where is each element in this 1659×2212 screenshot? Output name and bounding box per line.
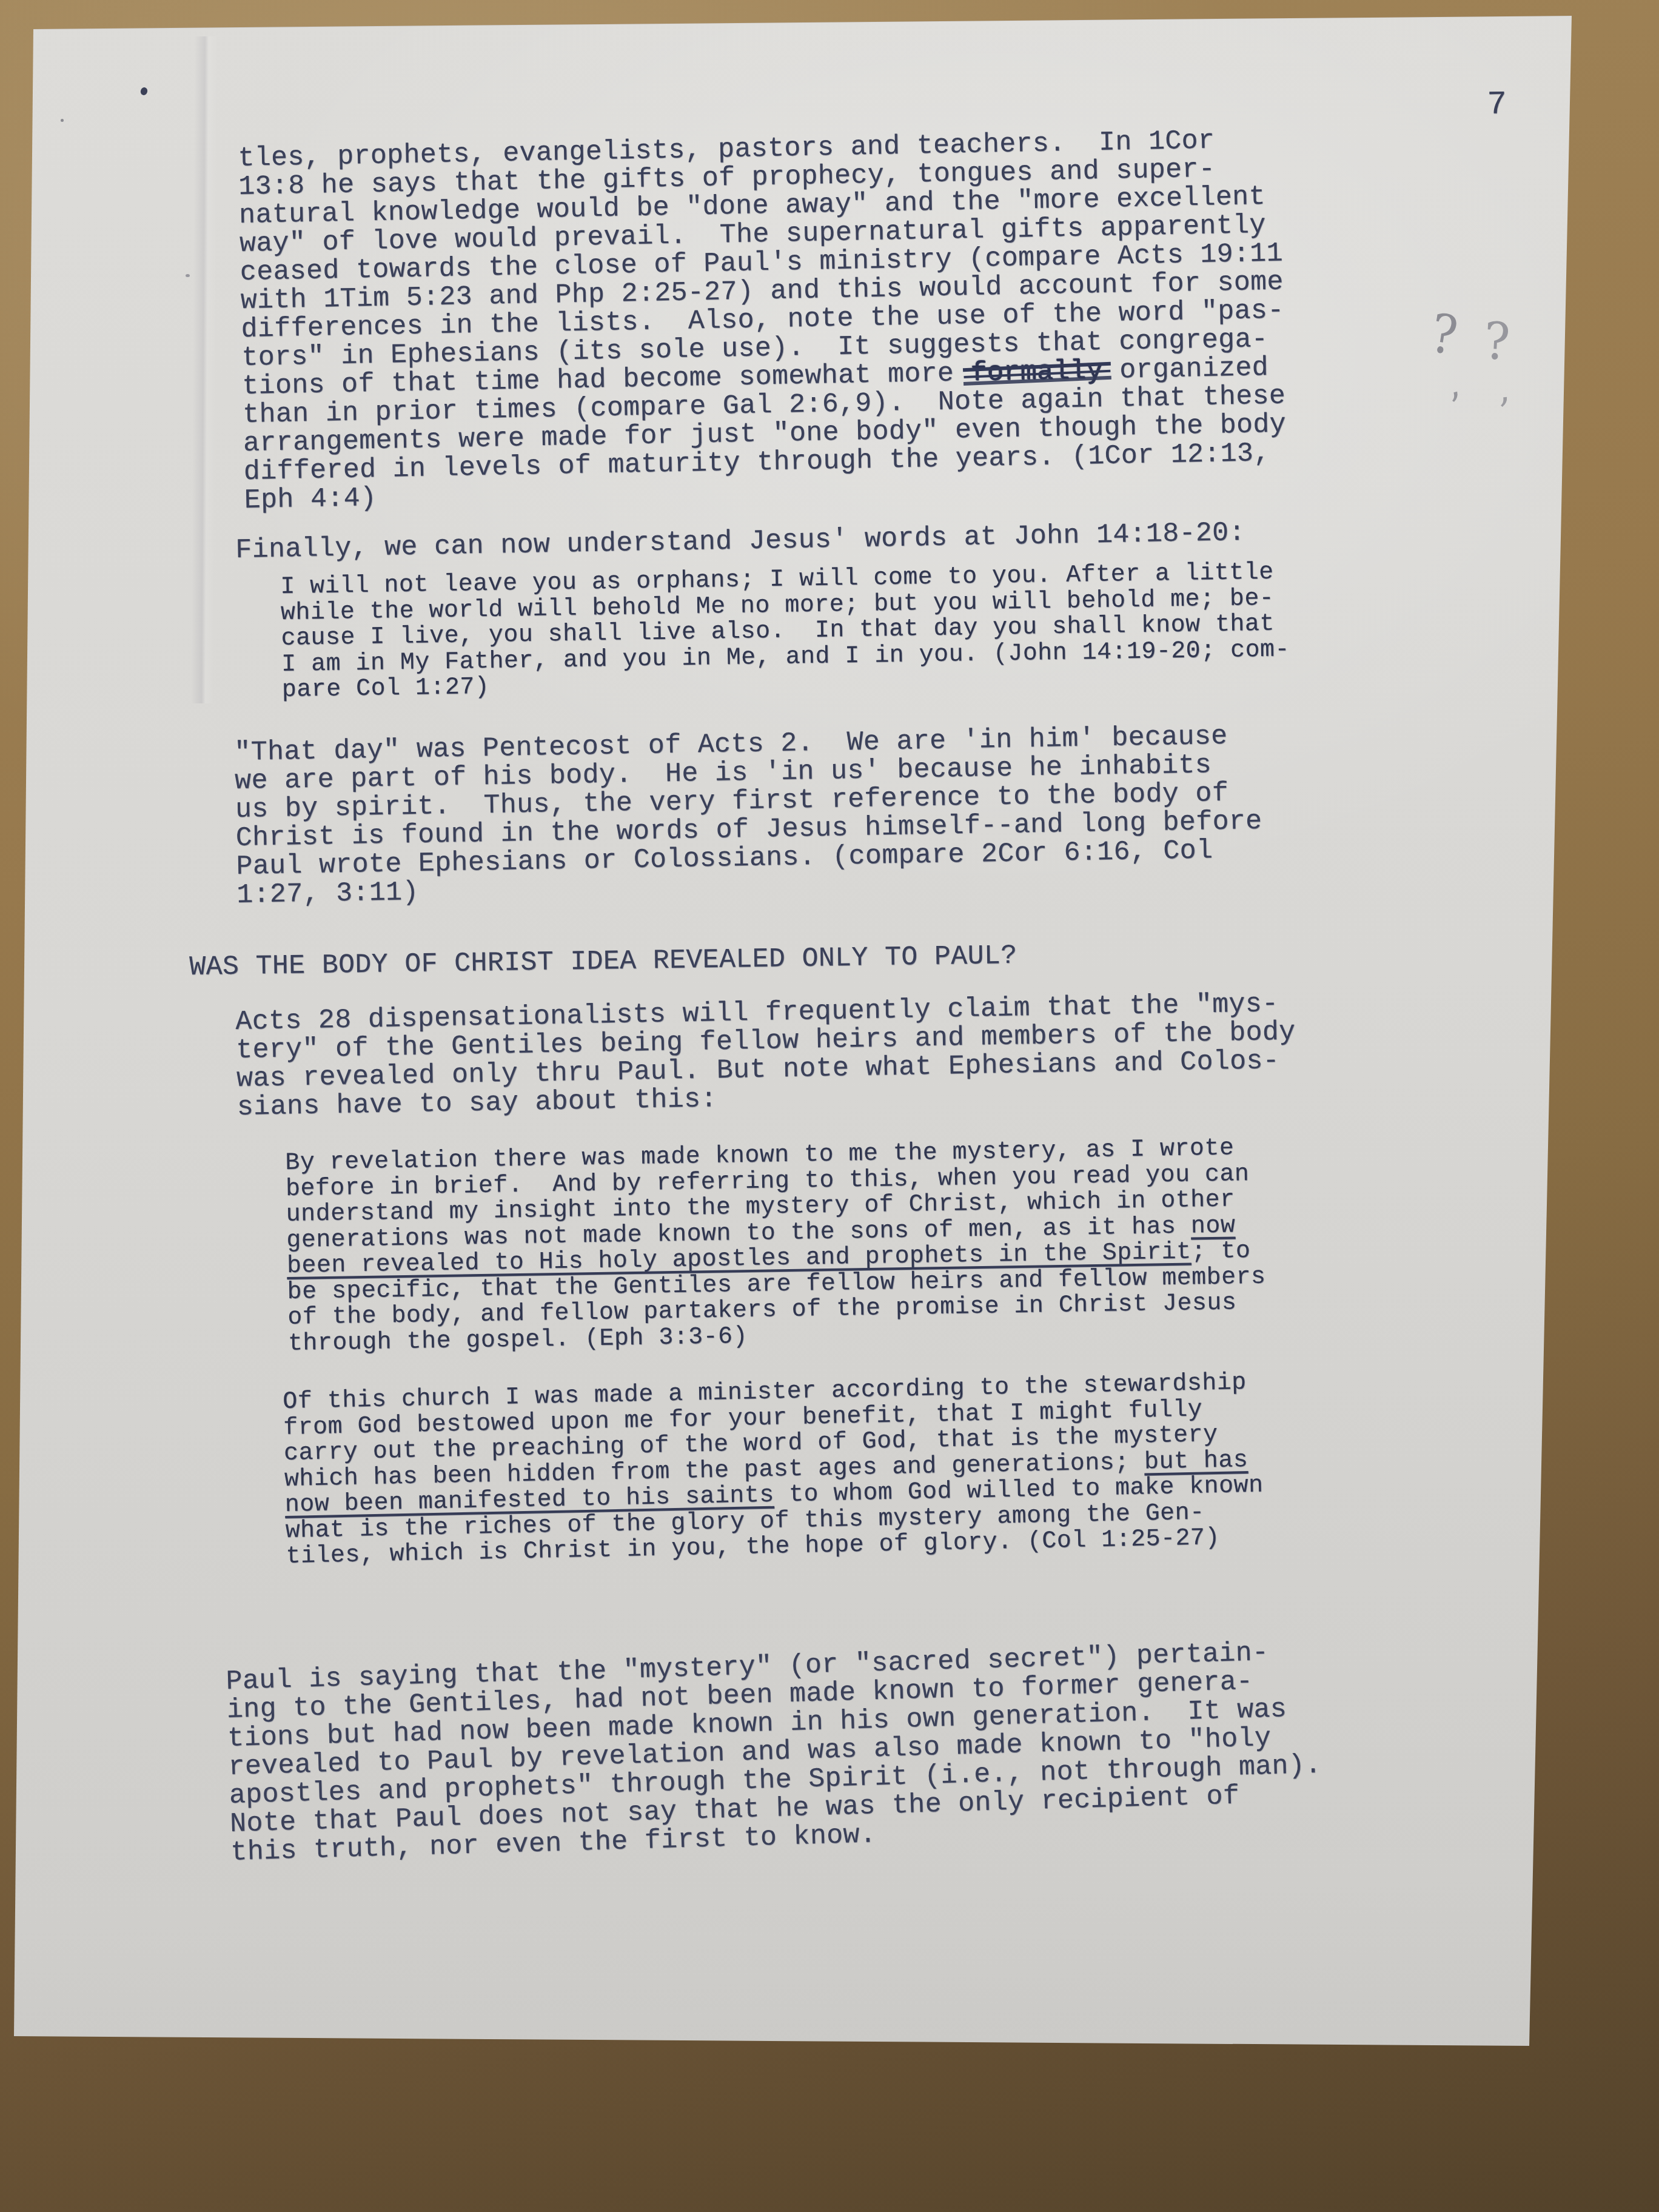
blockquote-colossians-1: Of this church I was made a minister acc…: [283, 1370, 1265, 1570]
underlined-phrase: but has: [1144, 1447, 1248, 1476]
dust-speck: [61, 119, 64, 122]
paragraph-spiritual-gifts: tles, prophets, evangelists, pastors and…: [238, 125, 1287, 514]
blockquote-john-14: I will not leave you as orphans; I will …: [280, 560, 1290, 703]
dust-speck: [186, 274, 190, 277]
paragraph-paul-is-saying: Paul is saying that the "mystery" (or "s…: [226, 1637, 1324, 1867]
underlined-phrase: now: [1190, 1212, 1235, 1240]
paper-crease: [191, 36, 218, 703]
photo-background: 7 tles, prophets, evangelists, pastors a…: [0, 0, 1659, 2212]
paragraph-acts-28: Acts 28 dispensationalists will frequent…: [235, 990, 1296, 1122]
pencil-question-mark-2: ?: [1483, 311, 1512, 372]
quote-text: Of this church I was made a minister acc…: [283, 1369, 1247, 1493]
paragraph-that-day: "That day" was Pentecost of Acts 2. We a…: [234, 722, 1263, 910]
blockquote-ephesians-3: By revelation there was made known to me…: [285, 1136, 1267, 1357]
strikethrough-word: formally: [970, 357, 1103, 387]
page-number: 7: [1487, 90, 1507, 119]
quote-text: By revelation there was made known to me…: [285, 1134, 1250, 1254]
